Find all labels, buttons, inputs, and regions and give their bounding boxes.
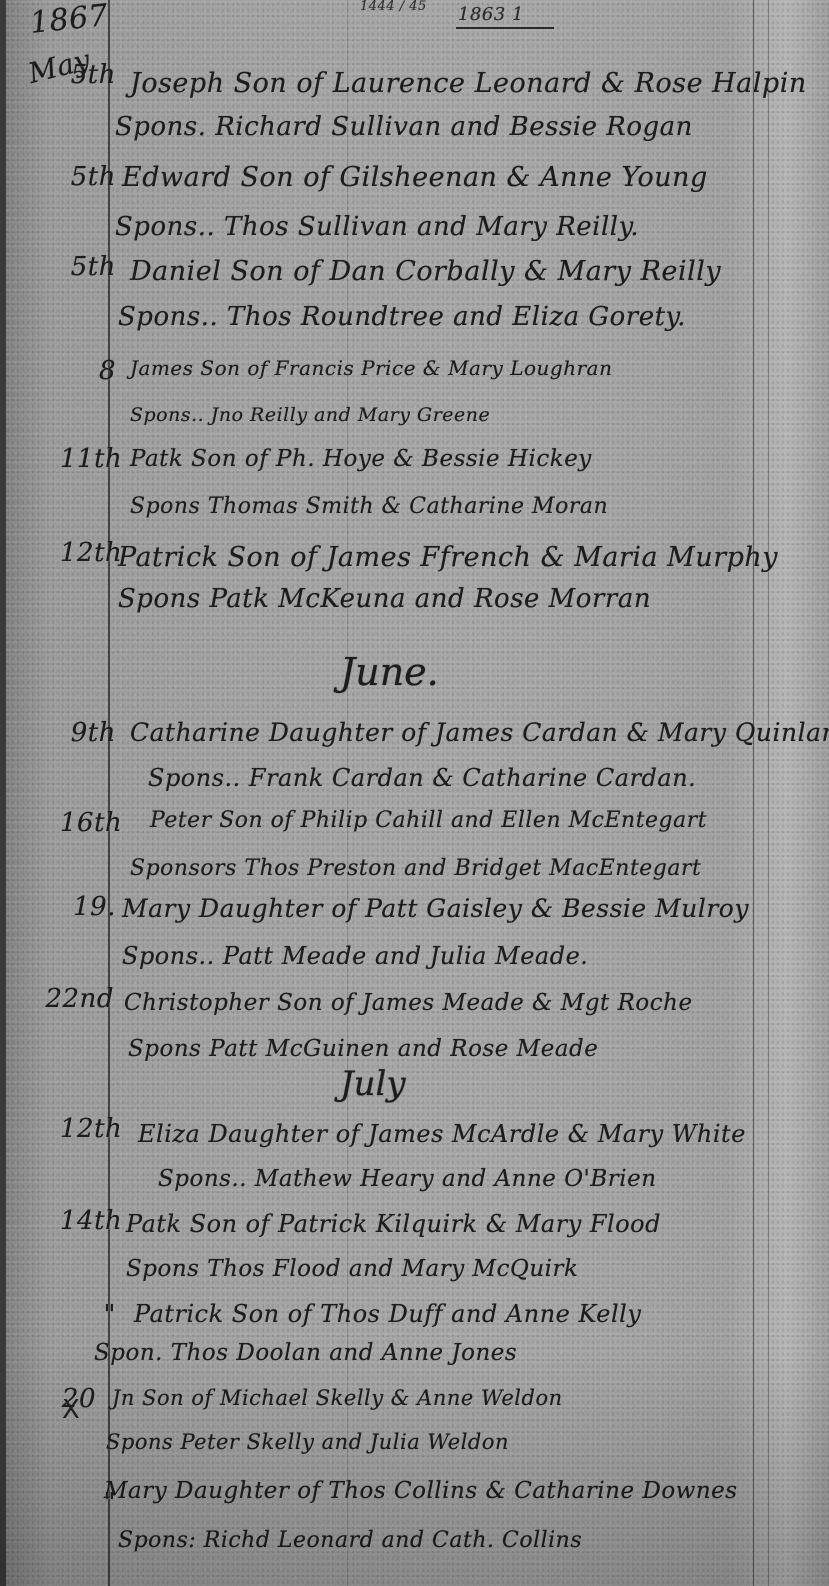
entry-record: Patrick Son of Thos Duff and Anne Kelly [134, 1300, 641, 1328]
entry-record: James Son of Francis Price & Mary Loughr… [130, 356, 612, 380]
header-reference-right: 1863 1 [456, 4, 554, 29]
entry-sponsors: Spons Thomas Smith & Catharine Moran [130, 494, 608, 519]
entry-sponsors: Spons.. Thos Roundtree and Eliza Gorety. [118, 302, 686, 332]
entry-date: 5th [60, 162, 116, 192]
page-binding-edge [0, 0, 6, 1586]
entry-record: Mary Daughter of Thos Collins & Catharin… [104, 1478, 738, 1504]
header-reference-left: 1444 / 45 [360, 0, 427, 13]
entry-record: Christopher Son of James Meade & Mgt Roc… [124, 990, 693, 1016]
entry-sponsors: Spons.. Patt Meade and Julia Meade. [122, 942, 588, 970]
entry-date: 5th [60, 252, 116, 282]
entry-sponsors: Spons. Richard Sullivan and Bessie Rogan [115, 112, 693, 142]
entry-record: Patk Son of Patrick Kilquirk & Mary Floo… [126, 1210, 661, 1238]
entry-record: Peter Son of Philip Cahill and Ellen McE… [150, 808, 707, 833]
entry-sponsors: Spons: Richd Leonard and Cath. Collins [118, 1528, 582, 1553]
entry-date: 12th [60, 1114, 116, 1144]
entry-date: 14th [60, 1206, 116, 1236]
register-year: 1867 [28, 0, 110, 41]
entry-date: 8 [60, 356, 116, 386]
entry-date: 22nd [24, 984, 114, 1014]
entry-record: Edward Son of Gilsheenan & Anne Young [122, 162, 708, 193]
entry-sponsors: Spons Peter Skelly and Julia Weldon [106, 1430, 509, 1454]
month-heading-july: July [340, 1064, 406, 1104]
right-margin-rule [753, 0, 754, 1586]
entry-record: Mary Daughter of Patt Gaisley & Bessie M… [122, 894, 749, 923]
register-page: 1867 May 1444 / 45 1863 1 5th Joseph Son… [0, 0, 829, 1586]
entry-date: 5th [60, 60, 116, 90]
entry-record: Patk Son of Ph. Hoye & Bessie Hickey [130, 446, 592, 472]
entry-sponsors: Spons Thos Flood and Mary McQuirk [126, 1256, 578, 1282]
right-margin-rule-outer [768, 0, 769, 1586]
entry-record: Daniel Son of Dan Corbally & Mary Reilly [130, 256, 721, 287]
entry-date: 16th [60, 808, 116, 838]
entry-sponsors: Spon. Thos Doolan and Anne Jones [94, 1340, 517, 1366]
entry-record: Patrick Son of James Ffrench & Maria Mur… [118, 542, 778, 573]
entry-record: Eliza Daughter of James McArdle & Mary W… [138, 1120, 746, 1148]
entry-sponsors: Sponsors Thos Preston and Bridget MacEnt… [130, 856, 701, 881]
month-heading-june: June. [340, 650, 439, 694]
entry-date: 11th [60, 444, 116, 474]
entry-date: 12th [60, 538, 116, 568]
entry-sponsors: Spons.. Jno Reilly and Mary Greene [130, 404, 490, 426]
entry-sponsors: Spons.. Mathew Heary and Anne O'Brien [158, 1166, 657, 1192]
entry-date: " [60, 1300, 116, 1330]
cross-mark: X [62, 1395, 80, 1425]
entry-sponsors: Spons.. Frank Cardan & Catharine Cardan. [148, 764, 696, 792]
entry-date: 9th [60, 718, 116, 748]
entry-record: Jn Son of Michael Skelly & Anne Weldon [112, 1386, 563, 1410]
entry-sponsors: Spons Patt McGuinen and Rose Meade [128, 1036, 598, 1062]
entry-sponsors: Spons Patk McKeuna and Rose Morran [118, 584, 651, 614]
entry-record: Joseph Son of Laurence Leonard & Rose Ha… [130, 68, 807, 99]
entry-sponsors: Spons.. Thos Sullivan and Mary Reilly. [115, 212, 639, 242]
entry-record: Catharine Daughter of James Cardan & Mar… [130, 718, 829, 747]
entry-date: 19. [60, 892, 116, 922]
